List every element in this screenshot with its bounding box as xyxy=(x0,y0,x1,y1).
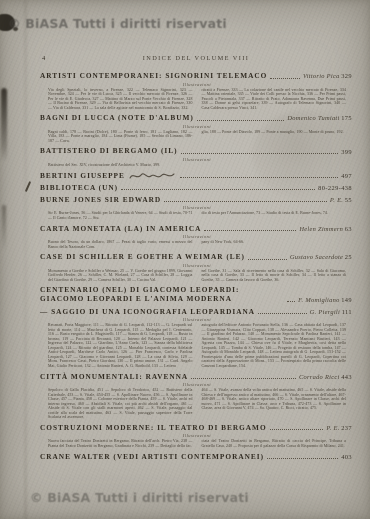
illustrations-column-right: 464 — S. Vitale, avanzo della volta anti… xyxy=(202,388,347,420)
entry-head-row: COSTRUZIONI MODERNE: IL TEATRO DI BERGAM… xyxy=(40,423,352,432)
illustrations-label: Illustrazioni xyxy=(48,382,346,387)
entry-reference: 399 xyxy=(341,149,352,156)
illustrations-columns: Recanati, Porta Maggiore, 111 — Ritratto… xyxy=(48,323,346,368)
entry-reference: 403 xyxy=(341,454,352,461)
entry-page: 329 xyxy=(341,73,352,80)
dotted-leader xyxy=(164,201,327,202)
entry-title: BIBLIOTECA (UN) xyxy=(40,183,118,192)
illustrations-columns: Battistero del Sec. XIV, ricostruzione d… xyxy=(48,163,346,168)
entry-reference: Gustavo Sacerdote 25 xyxy=(290,254,352,261)
entry-page: 149 xyxy=(341,297,352,304)
dotted-leader xyxy=(197,120,285,121)
dotted-leader xyxy=(180,177,338,178)
illustrations-block: Illustrazioni Bagni caldi, 178 — Bacini … xyxy=(48,124,346,144)
page-header: 4 INDICE DEL VOLUME VIII xyxy=(40,55,352,67)
scan-fold-line xyxy=(24,0,27,519)
dotted-leader xyxy=(191,378,296,379)
entry-title: BAGNI DI LUCCA (NOTE D'ALBUM) xyxy=(40,113,194,122)
entry-head-row: CENTENARIO (NEL) DI GIACOMO LEOPARDI: GI… xyxy=(40,285,352,303)
entry-reference: Corrado Ricci 443 xyxy=(299,374,352,381)
entry-author: Corrado Ricci xyxy=(299,374,340,381)
page-title: INDICE DEL VOLUME VIII xyxy=(40,55,352,62)
entry-author: P. E. xyxy=(330,197,343,204)
illustrations-label: Illustrazioni xyxy=(48,82,346,87)
entry-page: 403 xyxy=(341,454,352,461)
index-entry: COSTRUZIONI MODERNE: IL TEATRO DI BERGAM… xyxy=(40,423,352,449)
dotted-leader xyxy=(181,153,339,154)
dotted-leader xyxy=(248,259,287,260)
entry-reference: Domenico Tumiati 175 xyxy=(287,115,352,122)
entry-head-row: CARTA MONETATA (LA) IN AMERICA Helen Zim… xyxy=(40,224,352,233)
illustrations-label: Illustrazioni xyxy=(48,157,346,162)
scanned-page: © BiASA Tutti i diritti riservati © BiAS… xyxy=(0,0,370,519)
entry-title: — SAGGIO DI UNA ICONOGRAFIA LEOPARDIANA xyxy=(40,307,255,316)
index-entry: ARTISTI CONTEMPORANEI: SIGNORINI TELEMAC… xyxy=(40,71,352,110)
entry-title: BATTISTERO DI BERGAMO (IL) xyxy=(40,146,178,155)
dotted-leader xyxy=(204,230,296,231)
illustrations-column-right: ritratti a Firenze, 333 — La colazione d… xyxy=(202,88,347,111)
index-entry: CRANE WALTER (VEDI ARTISTI CONTEMPORANEI… xyxy=(40,452,352,461)
entry-author: Vittorio Pica xyxy=(303,73,340,80)
illustrations-column-right: dio di testa per l'Annunciazione, 73 — S… xyxy=(202,211,347,220)
entry-page: 399 xyxy=(341,149,352,156)
dotted-leader xyxy=(270,78,300,79)
index-entry: BURNE JONES SIR EDWARD P. E. 55 Illustra… xyxy=(40,195,352,221)
entry-title: CITTÀ MONUMENTALI: RAVENNA xyxy=(40,372,188,381)
entry-author: G. Piergili xyxy=(310,309,340,316)
entry-title: BERTINI GIUSEPPE xyxy=(40,171,125,180)
entry-author: F. Momigliano xyxy=(298,297,339,304)
illustrations-columns: Sepolcro di Galla Placidia, 451 — Sepolc… xyxy=(48,388,346,420)
index-entry: BAGNI DI LUCCA (NOTE D'ALBUM) Domenico T… xyxy=(40,113,352,143)
dotted-leader xyxy=(121,189,315,190)
entry-title: CARTA MONETATA (LA) IN AMERICA xyxy=(40,224,201,233)
watermark-bottom: © BiASA Tutti i diritti riservati xyxy=(30,490,249,505)
entry-author: Helen Zimmern xyxy=(299,226,343,233)
illustrations-columns: Sir E. Burne-Jones, 56 — Studii per la G… xyxy=(48,211,346,220)
entry-head-row: CITTÀ MONUMENTALI: RAVENNA Corrado Ricci… xyxy=(40,372,352,381)
illustrations-column-right: pany di New York, 64-66. xyxy=(202,240,347,249)
illustrations-label: Illustrazioni xyxy=(48,317,346,322)
illustrations-column-left: Sepolcro di Galla Placidia, 451 — Sepolc… xyxy=(48,388,193,420)
illustrations-label: Illustrazioni xyxy=(48,234,346,239)
index-entry: BERTINI GIUSEPPE 497 xyxy=(40,171,352,180)
entry-author: P. E. xyxy=(326,425,339,432)
illustrations-block: Illustrazioni Sir E. Burne-Jones, 56 — S… xyxy=(48,205,346,220)
handwritten-scribble xyxy=(129,171,175,181)
entry-page: 55 xyxy=(345,197,352,204)
entry-author: Domenico Tumiati xyxy=(287,115,339,122)
entry-page: 175 xyxy=(341,115,352,122)
dotted-leader xyxy=(287,301,295,302)
illustrations-columns: Nuova facciata del Teatro Donizetti in B… xyxy=(48,439,346,448)
illustrations-column-right: nel Goethe, 31 — Sala di ricevimento nel… xyxy=(202,269,347,283)
entry-head-row: BIBLIOTECA (UN) 80-229-438 xyxy=(40,183,352,192)
entry-title: BURNE JONES SIR EDWARD xyxy=(40,195,161,204)
entry-reference: G. Piergili 111 xyxy=(310,309,352,316)
index-page: 4 INDICE DEL VOLUME VIII ARTISTI CONTEMP… xyxy=(40,55,352,464)
entry-head-row: BAGNI DI LUCCA (NOTE D'ALBUM) Domenico T… xyxy=(40,113,352,122)
illustrations-block: Illustrazioni Nuova facciata del Teatro … xyxy=(48,433,346,448)
scan-edge-streak xyxy=(2,205,6,251)
entry-page: 63 xyxy=(345,226,352,233)
scan-edge-streak xyxy=(1,88,7,162)
entry-reference: F. Momigliano 149 xyxy=(298,297,352,304)
illustrations-column-right: ciata del Teatro Donizetti in Bergamo, R… xyxy=(202,439,347,448)
illustrations-column-left: Battistero del Sec. XIV, ricostruzione d… xyxy=(48,163,346,168)
illustrations-column-left: Monumento a Goethe e Schiller a Weimar, … xyxy=(48,269,193,283)
index-entries: ARTISTI CONTEMPORANEI: SIGNORINI TELEMAC… xyxy=(40,71,352,461)
entry-head-row: BERTINI GIUSEPPE 497 xyxy=(40,171,352,180)
entry-head-row: BURNE JONES SIR EDWARD P. E. 55 xyxy=(40,195,352,204)
illustrations-column-right: glia, 188 — Ponte del Diavolo, 189 — Pon… xyxy=(202,130,347,144)
entry-head-row: CRANE WALTER (VEDI ARTISTI CONTEMPORANEI… xyxy=(40,452,352,461)
entry-title: CENTENARIO (NEL) DI GIACOMO LEOPARDI: GI… xyxy=(40,285,284,303)
dotted-leader xyxy=(270,429,324,430)
entry-page: 443 xyxy=(341,374,352,381)
index-entry: — SAGGIO DI UNA ICONOGRAFIA LEOPARDIANA … xyxy=(40,307,352,369)
illustrations-columns: Via degli Speziali, lo inverno, a Firenz… xyxy=(48,88,346,111)
illustrations-block: Illustrazioni Monumento a Goethe e Schil… xyxy=(48,263,346,283)
entry-reference: 80-229-438 xyxy=(318,185,352,192)
illustrations-label: Illustrazioni xyxy=(48,433,346,438)
entry-head-row: ARTISTI CONTEMPORANEI: SIGNORINI TELEMAC… xyxy=(40,71,352,80)
illustrations-label: Illustrazioni xyxy=(48,124,346,129)
illustrations-block: Illustrazioni Battistero del Sec. XIV, r… xyxy=(48,157,346,168)
dotted-leader xyxy=(258,313,307,314)
illustrations-columns: Monumento a Goethe e Schiller a Weimar, … xyxy=(48,269,346,283)
illustrations-column-right: autografa dell'editore Antonio Fortunato… xyxy=(202,323,347,368)
entry-head-row: CASE DI SCHILLER E GOETHE A WEIMAR (LE) … xyxy=(40,252,352,261)
illustrations-block: Illustrazioni Buono del Tesoro, da un do… xyxy=(48,234,346,249)
entry-title: CRANE WALTER (VEDI ARTISTI CONTEMPORANEI… xyxy=(40,452,264,461)
entry-title: COSTRUZIONI MODERNE: IL TEATRO DI BERGAM… xyxy=(40,423,267,432)
illustrations-column-left: Nuova facciata del Teatro Donizetti in B… xyxy=(48,439,193,448)
entry-page: 237 xyxy=(341,425,352,432)
index-entry: CENTENARIO (NEL) DI GIACOMO LEOPARDI: GI… xyxy=(40,285,352,303)
illustrations-label: Illustrazioni xyxy=(48,263,346,268)
index-entry: CASE DI SCHILLER E GOETHE A WEIMAR (LE) … xyxy=(40,252,352,282)
illustrations-block: Illustrazioni Via degli Speziali, lo inv… xyxy=(48,82,346,111)
illustrations-column-left: Sir E. Burne-Jones, 56 — Studii per la G… xyxy=(48,211,193,220)
illustrations-column-left: Buono del Tesoro, da un dollaro, 1867 — … xyxy=(48,240,193,249)
entry-head-row: — SAGGIO DI UNA ICONOGRAFIA LEOPARDIANA … xyxy=(40,307,352,316)
illustrations-column-left: Via degli Speziali, lo inverno, a Firenz… xyxy=(48,88,193,111)
index-entry: BATTISTERO DI BERGAMO (IL) 399 Illustraz… xyxy=(40,146,352,167)
entry-reference: Helen Zimmern 63 xyxy=(299,226,352,233)
illustrations-columns: Bagni caldi, 178 — Bacini (Dolce), 180 —… xyxy=(48,130,346,144)
entry-reference: P. E. 55 xyxy=(330,197,352,204)
illustrations-block: Illustrazioni Recanati, Porta Maggiore, … xyxy=(48,317,346,368)
dotted-leader xyxy=(267,458,338,459)
entry-reference: P. E. 237 xyxy=(326,425,352,432)
watermark-top: © BiASA Tutti i diritti riservati xyxy=(8,16,227,31)
entry-reference: 497 xyxy=(341,173,352,180)
entry-page: 25 xyxy=(345,254,352,261)
index-entry: CITTÀ MONUMENTALI: RAVENNA Corrado Ricci… xyxy=(40,372,352,420)
entry-head-row: BATTISTERO DI BERGAMO (IL) 399 xyxy=(40,146,352,155)
illustrations-label: Illustrazioni xyxy=(48,205,346,210)
entry-author: Gustavo Sacerdote xyxy=(290,254,343,261)
entry-page: 497 xyxy=(341,173,352,180)
entry-title: CASE DI SCHILLER E GOETHE A WEIMAR (LE) xyxy=(40,252,245,261)
entry-page: 111 xyxy=(342,309,352,316)
entry-title: ARTISTI CONTEMPORANEI: SIGNORINI TELEMAC… xyxy=(40,71,267,80)
index-entry: CARTA MONETATA (LA) IN AMERICA Helen Zim… xyxy=(40,224,352,250)
entry-reference: Vittorio Pica 329 xyxy=(303,73,352,80)
illustrations-block: Illustrazioni Sepolcro di Galla Placidia… xyxy=(48,382,346,420)
illustrations-column-left: Recanati, Porta Maggiore, 111 — Ritratto… xyxy=(48,323,193,368)
entry-page: 80-229-438 xyxy=(318,185,352,192)
illustrations-column-left: Bagni caldi, 178 — Bacini (Dolce), 180 —… xyxy=(48,130,193,144)
index-entry: BIBLIOTECA (UN) 80-229-438 xyxy=(40,183,352,192)
illustrations-columns: Buono del Tesoro, da un dollaro, 1867 — … xyxy=(48,240,346,249)
